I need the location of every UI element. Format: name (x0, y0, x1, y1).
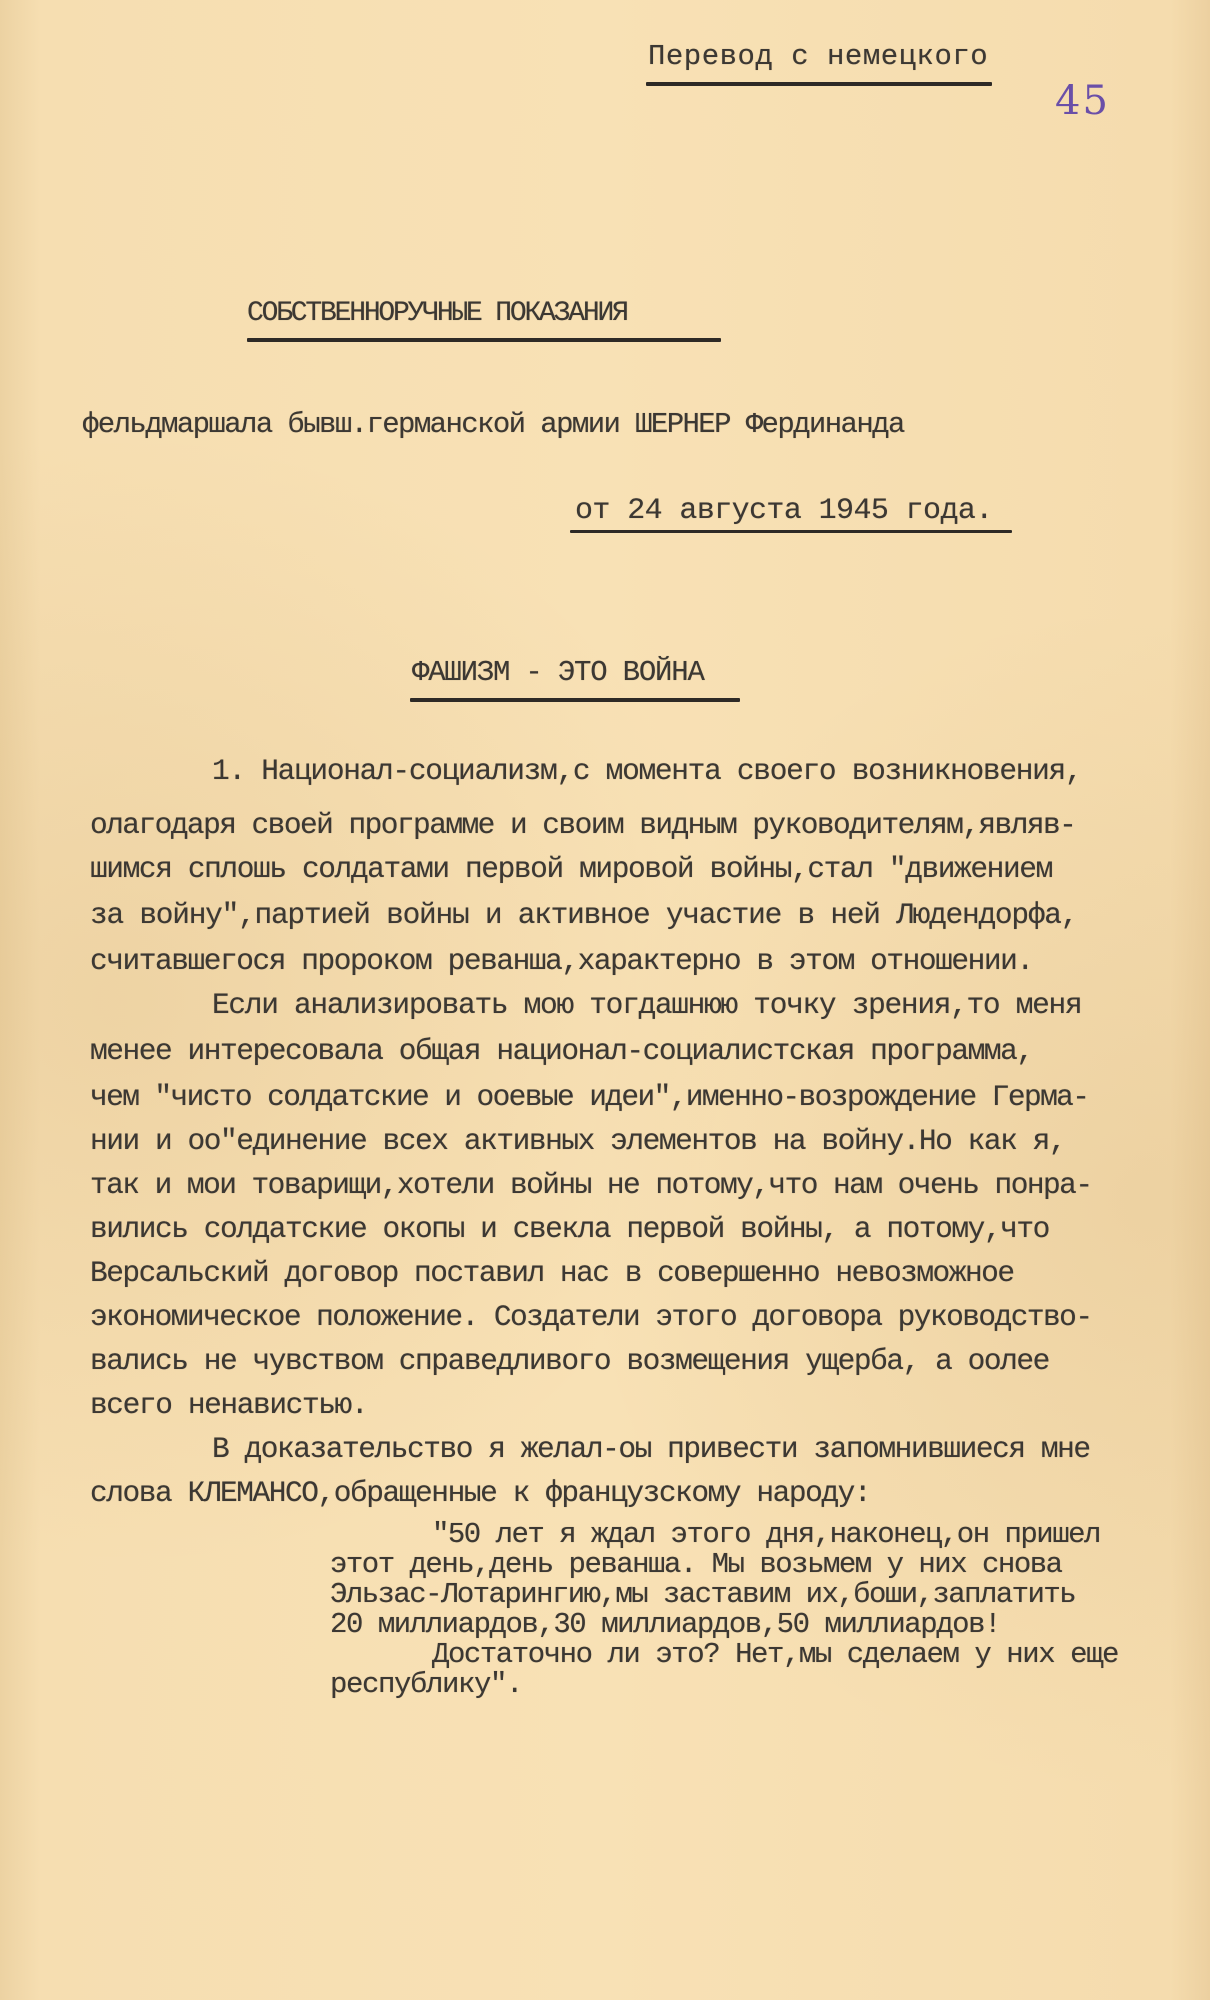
paragraph-line: вались не чувством справедливого возмеще… (90, 1344, 1049, 1378)
section-heading: ФАШИЗМ - ЭТО ВОЙНА (412, 656, 704, 689)
header-note-underline (646, 82, 992, 86)
paragraph-line: всего ненавистью. (90, 1388, 367, 1422)
paragraph-line: так и мои товарищи,хотели войны не потом… (90, 1168, 1091, 1202)
quote-line: Эльзас-Лотарингию,мы заставим их,боши,за… (330, 1580, 1075, 1610)
paragraph-line: слова КЛЕМАНСО,обращенные к французскому… (90, 1476, 870, 1510)
quote-line: "50 лет я ждал этого дня,наконец,он приш… (432, 1520, 1100, 1550)
paragraph-line: менее интересовала общая национал-социал… (90, 1034, 1033, 1068)
paragraph-line: за войну",партией войны и активное участ… (90, 898, 1077, 932)
quote-line: 20 миллиардов,30 миллиардов,50 миллиардо… (330, 1610, 1000, 1640)
quote-line: республику". (330, 1670, 522, 1700)
paragraph-line: шимся сплошь солдатами первой мировой во… (90, 852, 1052, 886)
header-note: Перевод с немецкого (648, 40, 988, 73)
quote-line: этот день,день реванша. Мы возьмем у них… (330, 1550, 1062, 1580)
paragraph-line: экономическое положение. Создатели этого… (90, 1300, 1091, 1334)
paragraph-line: считавшегося пророком реванша,характерно… (90, 944, 1033, 978)
paragraph-line: Если анализировать мою тогдашнюю точку з… (212, 988, 1081, 1022)
paragraph-line: вились солдатские окопы и свекла первой … (90, 1212, 1049, 1246)
document-page: Перевод с немецкого 45 СОБСТВЕННОРУЧНЫЕ … (0, 0, 1210, 2000)
paragraph-line: 1. Национал-социализм,с момента своего в… (212, 754, 1081, 788)
paragraph-line: олагодаря своей программе и своим видным… (90, 808, 1075, 842)
document-title-underline (247, 338, 721, 342)
paragraph-line: В доказательство я желал-оы привести зап… (212, 1432, 1090, 1466)
document-date: от 24 августа 1945 года. (575, 494, 993, 528)
paragraph-line: Версальский договор поставил нас в совер… (90, 1256, 1014, 1290)
document-subtitle: фельдмаршала бывш.германской армии ШЕРНЕ… (82, 408, 904, 441)
section-heading-underline (410, 698, 740, 702)
paragraph-line: чем "чисто солдатские и ооевые идеи",име… (90, 1080, 1088, 1114)
quote-line: Достаточно ли это? Нет,мы сделаем у них … (432, 1640, 1118, 1670)
document-date-underline (570, 530, 1012, 533)
paragraph-line: нии и оо"единение всех активных элементо… (90, 1124, 1065, 1158)
page-number-stamp: 45 (1055, 78, 1110, 124)
document-title: СОБСТВЕННОРУЧНЫЕ ПОКАЗАНИЯ (247, 298, 627, 329)
